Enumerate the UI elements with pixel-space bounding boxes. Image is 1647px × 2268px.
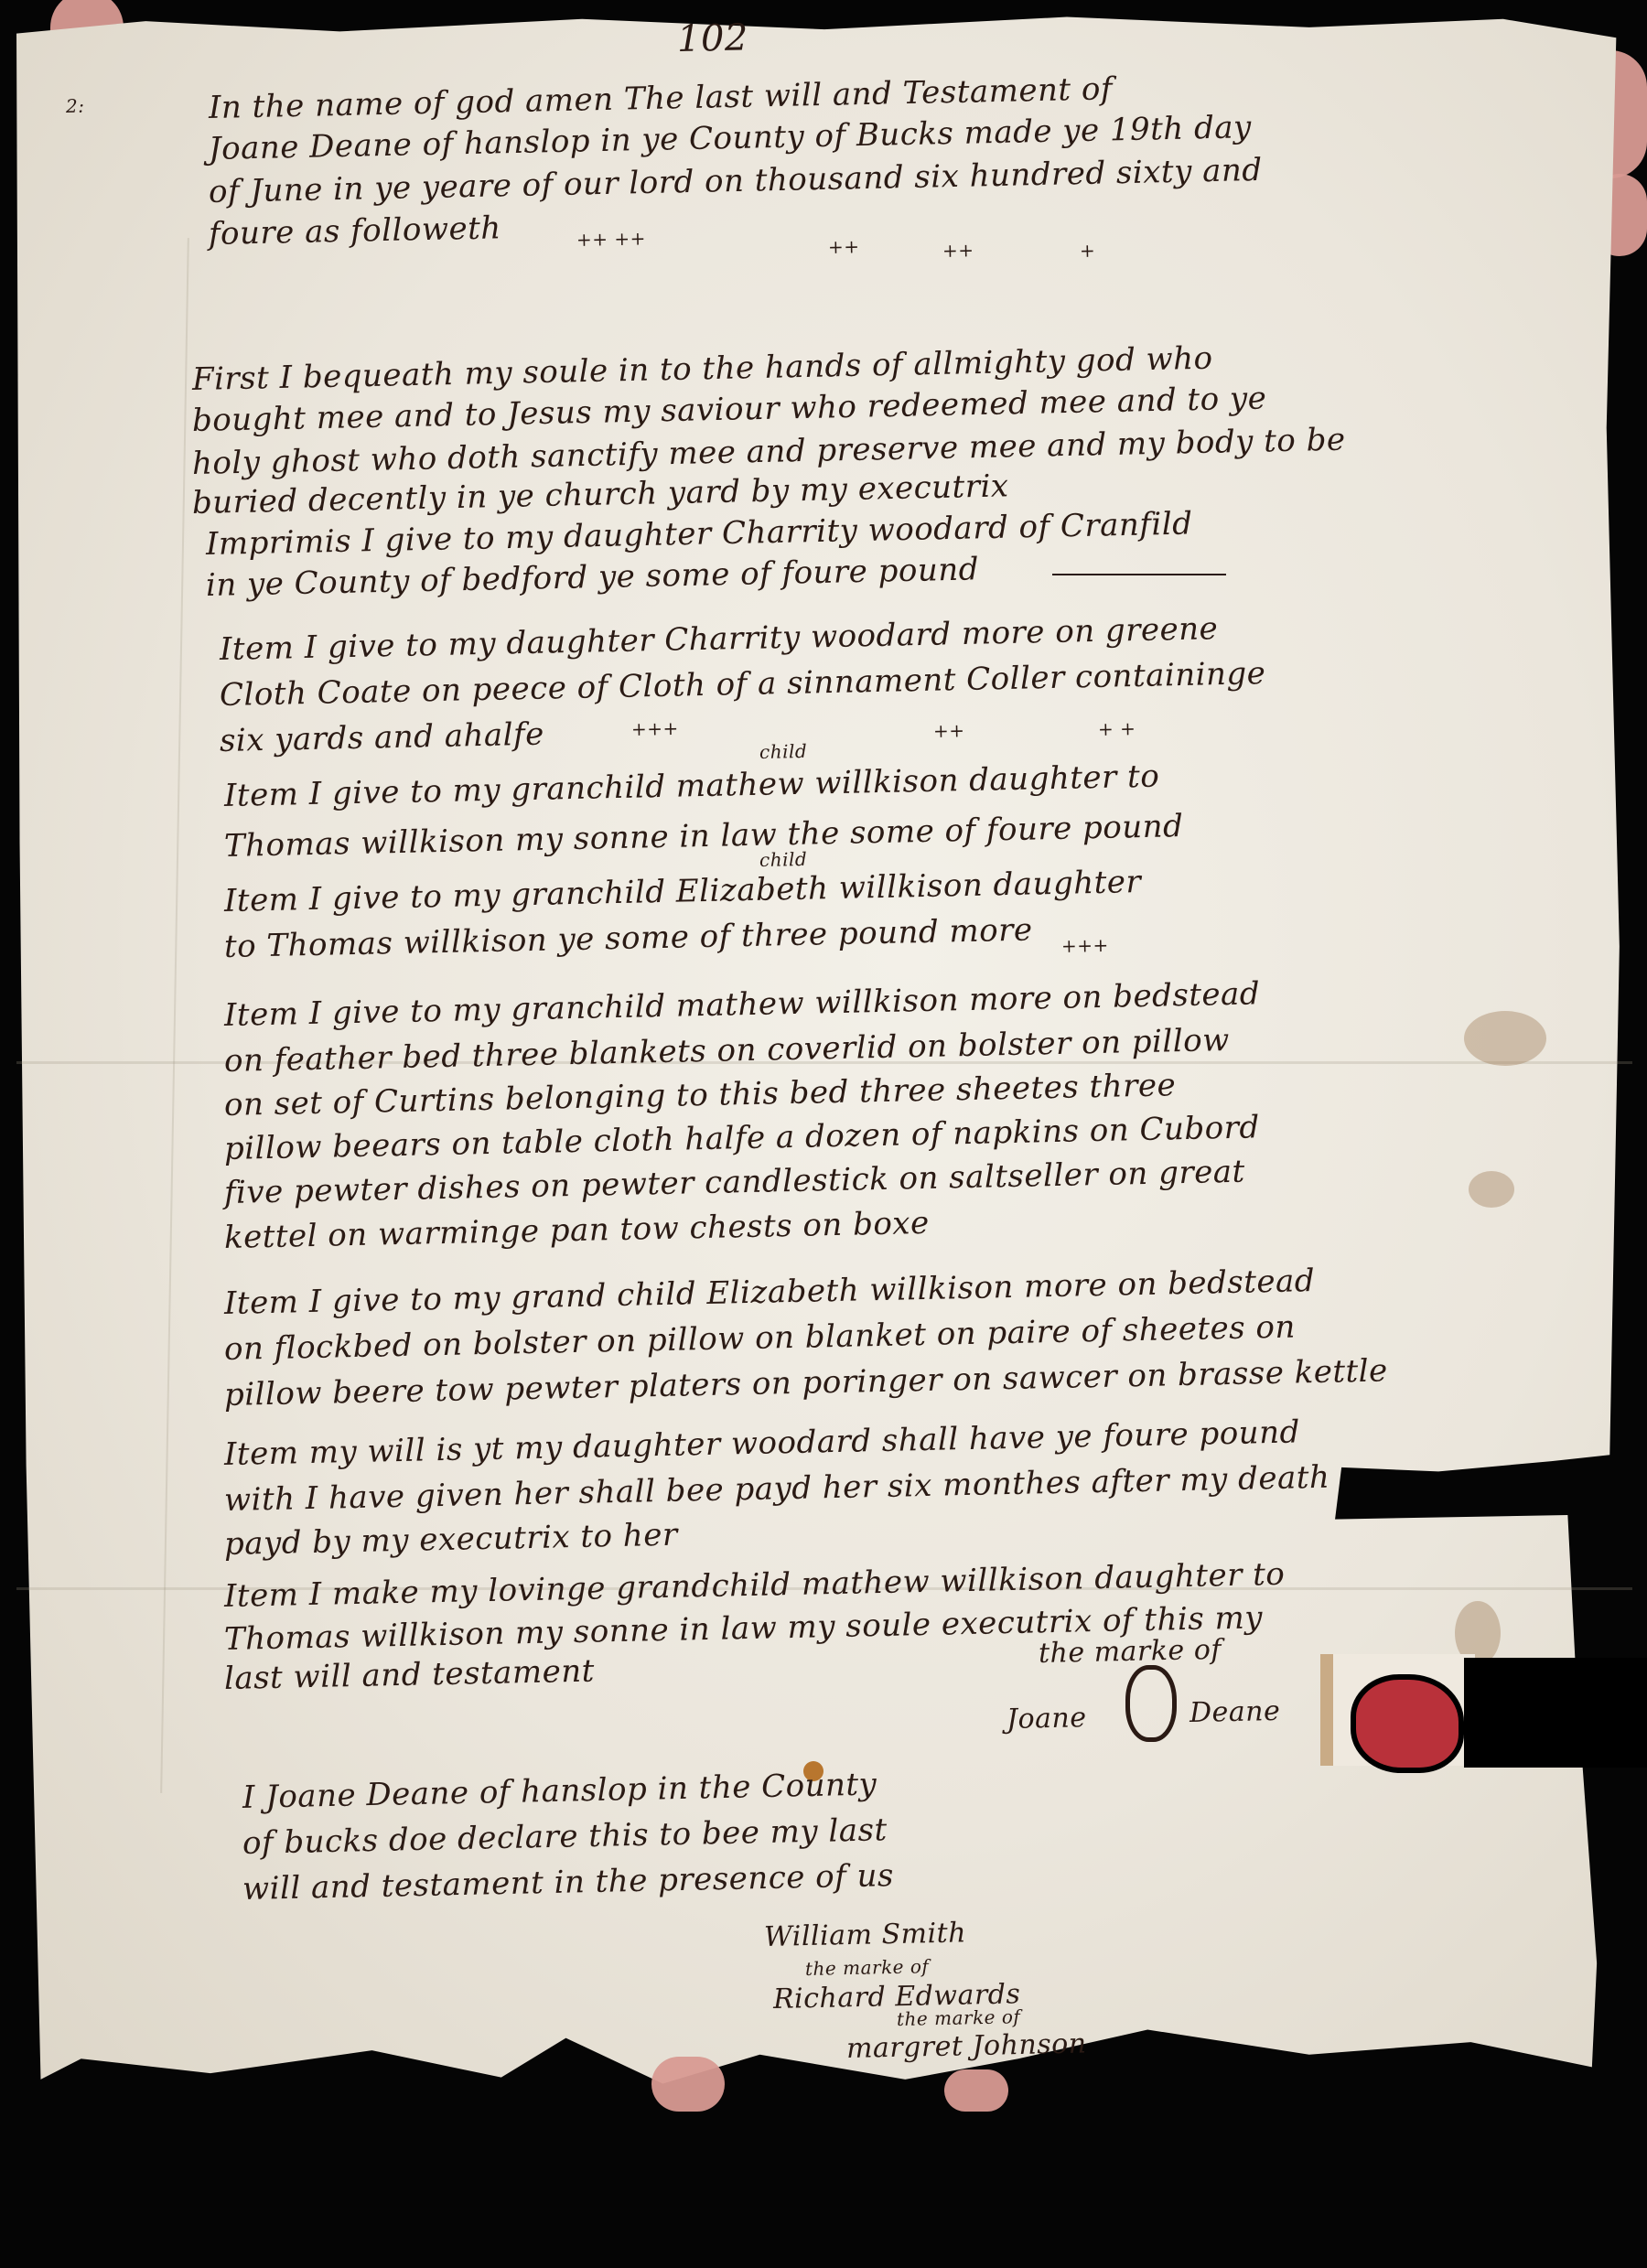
witness-signature: William Smith <box>764 1917 967 1953</box>
tally-marks: + + <box>1098 717 1136 740</box>
text-line: Item I give to my granchild Elizabeth wi… <box>224 864 1142 919</box>
tally-marks: ++ ++ <box>576 227 646 251</box>
tally-marks: + <box>1080 240 1096 262</box>
text-line: Item I give to my granchild mathew willk… <box>224 758 1160 814</box>
missing-corner <box>1464 1658 1647 1768</box>
tally-marks: ++ <box>933 719 965 742</box>
text-line: kettel on warminge pan tow chests on box… <box>224 1205 930 1256</box>
tally-marks: +++ <box>1061 934 1109 957</box>
text-line: of bucks doe declare this to bee my last <box>242 1811 888 1862</box>
text-line: foure as followeth <box>209 210 501 253</box>
text-line: will and testament in the presence of us <box>242 1857 895 1908</box>
text-line: I Joane Deane of hanslop in the County <box>242 1766 877 1816</box>
tally-marks: ++ <box>828 235 860 258</box>
tally-marks: +++ <box>631 717 679 740</box>
text-line: payd by my executrix to her <box>224 1517 678 1563</box>
text-line: six yards and ahalfe <box>220 716 545 759</box>
wax-seal <box>1356 1680 1459 1768</box>
testator-first-name: Joane <box>1006 1702 1087 1736</box>
text-line: last will and testament <box>224 1653 596 1697</box>
tally-marks: ++ <box>942 239 974 262</box>
flourish-line <box>1052 574 1226 575</box>
margin-mark: 2: <box>66 95 85 117</box>
page-number: 102 <box>677 16 749 60</box>
testator-last-name: Deane <box>1189 1695 1281 1729</box>
text-line: Thomas willkison my sonne in law the som… <box>224 808 1184 865</box>
witness-mark-label: the marke of <box>805 1955 930 1980</box>
testator-mark-glyph-icon <box>1125 1665 1177 1742</box>
witness-mark-label: the marke of <box>897 2005 1021 2030</box>
witness-name: margret Johnson <box>846 2028 1087 2065</box>
interlinear-insertion: child <box>759 740 808 763</box>
mark-label: the marke of <box>1039 1634 1222 1670</box>
text-line: to Thomas willkison ye some of three pou… <box>224 911 1033 964</box>
interlinear-insertion: child <box>759 848 808 871</box>
